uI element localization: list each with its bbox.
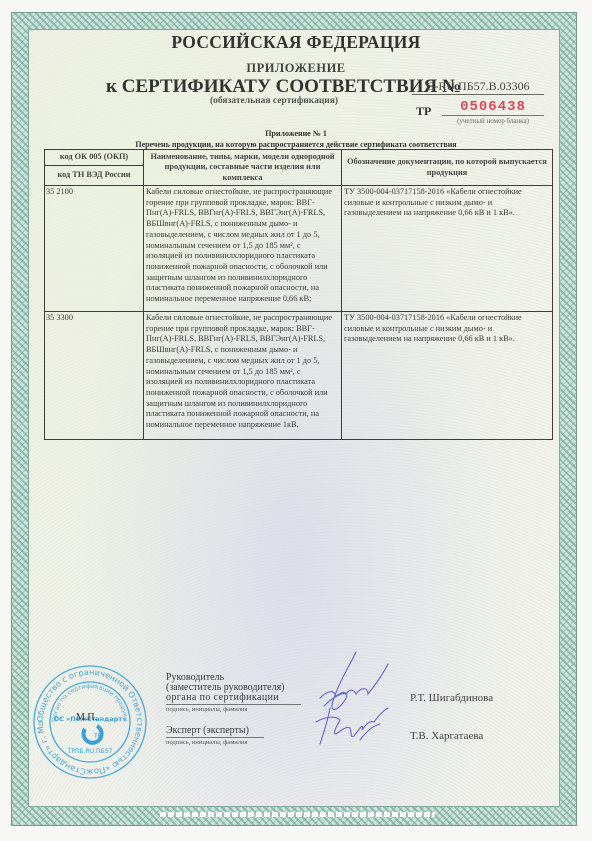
row-documentation: ТУ 3500-004-03717158-2016 «Кабели огнест… — [342, 312, 553, 440]
svg-text:ТР: ТР — [93, 733, 102, 740]
expert-name: Т.В. Харгатаева — [410, 730, 483, 742]
row-code: 35 3300 — [45, 312, 144, 440]
row-documentation: ТУ 3500-004-03717158-2016 «Кабели огнест… — [342, 186, 553, 312]
certificate-number: С-RU.ПБ57.В.03306 — [412, 79, 544, 95]
svg-text:ТРПБ.RU.ПБ57: ТРПБ.RU.ПБ57 — [67, 748, 113, 755]
expert-signature-line — [166, 737, 264, 738]
row-code: 35 2100 — [45, 186, 144, 312]
row-product-name: Кабели силовые огнестойкие, не распростр… — [144, 312, 342, 440]
stamp-logo-icon: ТР — [84, 726, 102, 743]
appendix-number-title: Приложение № 1 — [0, 129, 592, 138]
header-documentation: Обозначение документации, по которой вып… — [342, 150, 553, 186]
table-row: 35 3300 Кабели силовые огнестойкие, не р… — [45, 312, 553, 440]
head-signature-line — [166, 704, 301, 705]
appendix-subtitle: Перечень продукции, на которую распростр… — [0, 140, 592, 149]
head-signature-caption: подпись, инициалы, фамилия — [166, 706, 248, 713]
country-title: РОССИЙСКАЯ ФЕДЕРАЦИЯ — [0, 32, 592, 53]
table-row: 35 2100 Кабели силовые огнестойкие, не р… — [45, 186, 553, 312]
certificate-heading: к СЕРТИФИКАТУ СООТВЕТСТВИЯ № — [106, 76, 461, 98]
header-product-name: Наименование, типы, марки, модели одноро… — [144, 150, 342, 186]
expert-signature-caption: подпись, инициалы, фамилия — [166, 739, 248, 746]
product-table: код ОК 005 (ОКП) Наименование, типы, мар… — [44, 149, 553, 440]
head-label-line3: органа по сертификации — [166, 693, 279, 703]
row-product-name: Кабели силовые огнестойкие, не распростр… — [144, 186, 342, 312]
tp-label: ТР — [416, 104, 431, 119]
blank-serial-caption: (учетный номер бланка) — [442, 117, 544, 125]
stamp-mp-label: М.П. — [76, 712, 97, 723]
certification-type: (обязательная сертификация) — [210, 96, 338, 106]
expert-label: Эксперт (эксперты) — [166, 726, 249, 736]
footer-fine-print — [160, 812, 435, 817]
appendix-label: ПРИЛОЖЕНИЕ — [0, 61, 592, 76]
blank-serial-number: 0506438 — [442, 99, 544, 116]
header-okp-code: код ОК 005 (ОКП) — [45, 150, 144, 166]
handwritten-signatures — [310, 650, 415, 750]
head-name: Р.Т. Шигабдинова — [410, 692, 493, 704]
header-tnved-code: код ТН ВЭД России — [45, 166, 144, 186]
